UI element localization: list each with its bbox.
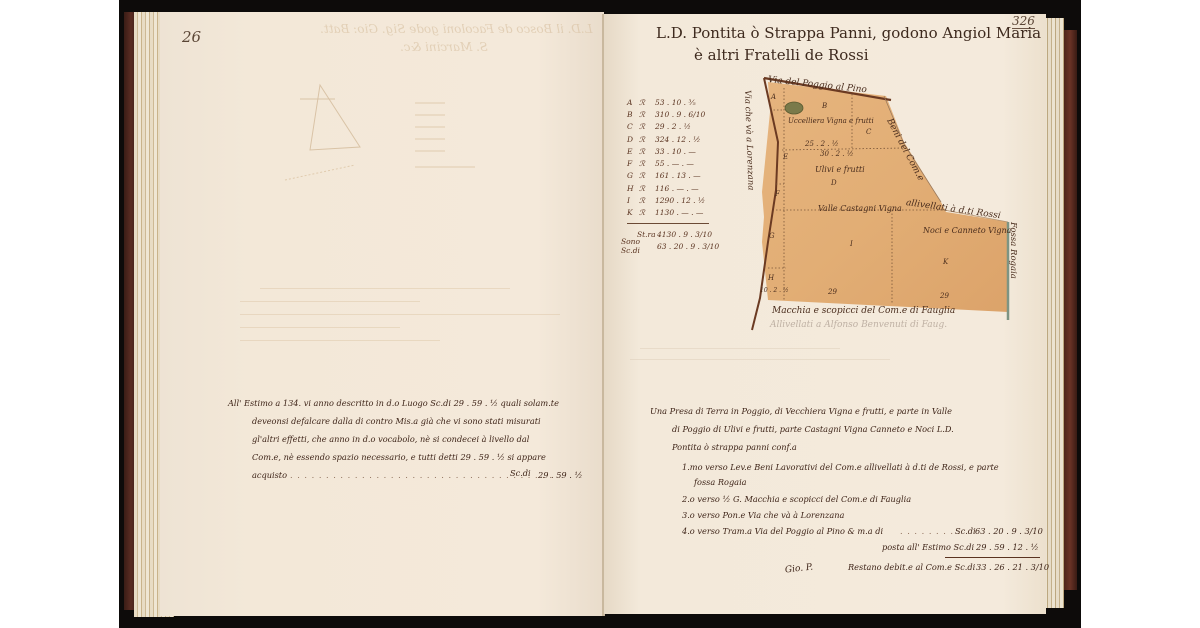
note-line-2: deveonsi defalcare dalla di contro Mis.a… [252,414,541,429]
total-1-value: 63 . 20 . 9 . 3/10 [975,524,1043,539]
total-1-label: Sc.di [955,524,976,539]
note-line-1: All' Estimo a 134. vi anno descritto in … [228,396,559,411]
road-label-bottom: Macchia e scopicci del Com.e di Fauglia [772,306,955,316]
staiora-icon: ℛ [639,122,655,131]
bleedthrough-ledger [415,95,525,185]
ledger-row: Dℛ324 . 12 . ½ [627,133,719,145]
uccelliera-marker [785,102,803,114]
ledger-row: Hℛ116 . — . — [627,182,719,194]
bleedthrough-subheader: S. Marcini &c. [400,40,488,54]
desc-line-5: fossa Rogaia [694,475,747,490]
staiora-icon: ℛ [639,98,655,107]
note-total-label: Sc.di [510,466,531,481]
parcel-letter-f: F [775,190,780,198]
parcel-i-measure: 29 [828,288,837,296]
desc-line-8: 4.o verso Tram.a Via del Poggio al Pino … [682,524,883,539]
left-page-number: 26 [182,28,201,46]
parcel-letter-e: E [783,153,788,161]
desc-leader-dots: . . . . . . . . . [900,524,961,539]
total-2-label: posta all' Estimo Sc.di [882,540,974,555]
title-line-1: L.D. Pontita ò Strappa Panni, godono Ang… [656,22,1041,44]
staiora-icon: ℛ [639,110,655,119]
parcel-ledger: Aℛ53 . 10 . ⅗ Bℛ310 . 9 . 6/10 Cℛ29 . 2 … [627,96,719,253]
ledger-converted-row: Sono Sc.di63 . 20 . 9 . 3/10 [621,240,719,252]
ledger-row: Cℛ29 . 2 . ½ [627,121,719,133]
staiora-icon: ℛ [639,147,655,156]
page-title: L.D. Pontita ò Strappa Panni, godono Ang… [656,22,1041,66]
note-line-5: acquisto [252,468,287,483]
staiora-icon: ℛ [639,159,655,168]
parcel-letter-c: C [866,128,871,136]
parcel-letter-b: B [822,102,827,110]
ledger-row: Aℛ53 . 10 . ⅗ [627,96,719,108]
parcel-k-measure: 29 [940,292,949,300]
staiora-icon: ℛ [639,184,655,193]
staiora-icon: ℛ [639,208,655,217]
signature: Gio. P. [784,561,814,579]
ledger-row: Fℛ55 . — . — [627,157,719,169]
ledger-row: Iℛ1290 . 12 . ½ [627,194,719,206]
title-line-2: è altri Fratelli de Rossi [656,44,1041,66]
desc-line-2: di Poggio di Ulivi e frutti, parte Casta… [672,422,954,437]
staiora-icon: ℛ [639,171,655,180]
road-label-bottom-faint: Allivellati a Alfonso Benvenuti di Faug. [770,320,947,330]
parcel-k-label: Noci e Canneto Vigna [923,226,1011,235]
desc-line-6: 2.o verso ½ G. Macchia e scopicci del Co… [682,492,911,507]
ledger-sum-rule [627,223,709,224]
total-2-value: 29 . 59 . 12 . ½ [976,540,1039,555]
book-cover-right [1063,30,1077,590]
parcel-h-measure: 10 . 2 . ½ [760,287,789,294]
bleedthrough-right [630,340,990,380]
ledger-row: Kℛ1130 . — . — [627,207,719,219]
ledger-row: Bℛ310 . 9 . 6/10 [627,108,719,120]
bleedthrough-text-block [240,282,580,352]
bleedthrough-sketch [280,75,400,185]
desc-line-3: Pontita ò strappa panni conf.a [672,440,797,455]
staiora-icon: ℛ [639,196,655,205]
parcel-d-label: Ulivi e frutti [815,165,865,174]
parcel-b-label: Uccelliera Vigna e frutti [788,115,878,127]
desc-line-7: 3.o verso Pon.e Via che và à Lorenzana [682,508,844,523]
note-total-value: 29 . 59 . ½ [538,468,582,483]
parcel-i-label: Valle Castagni Vigna [818,204,902,213]
bleedthrough-header: L.D. il Bosco de Facoloni gode Sig. Gio:… [320,22,593,36]
parcel-letter-d: D [831,179,837,187]
parcel-letter-k: K [943,258,948,266]
totals-rule [945,557,1040,558]
parcel-letter-g: G [769,232,775,240]
parcel-letter-h: H [768,274,774,282]
desc-line-1: Una Presa di Terra in Poggio, di Vecchie… [650,404,952,419]
parcel-letter-a: A [771,93,776,101]
ledger-row: Gℛ161 . 13 . — [627,170,719,182]
desc-line-4: 1.mo verso Lev.e Beni Lavorativi del Com… [682,460,999,475]
staiora-icon: ℛ [639,135,655,144]
ledger-row: Eℛ33 . 10 . — [627,145,719,157]
parcel-letter-i: I [850,240,853,248]
total-3-label: Restano debit.e al Com.e Sc.di [848,560,975,575]
total-3-value: 33 . 26 . 21 . 3/10 [976,560,1049,575]
parcel-b-measure: 25 . 2 . ½ [805,140,839,148]
parcel-d-measure: 30 . 2 . ½ [820,150,854,158]
note-line-3: gl'altri effetti, che anno in d.o vocabo… [252,432,529,447]
note-line-4: Com.e, nè essendo spazio necessario, e t… [252,450,546,465]
